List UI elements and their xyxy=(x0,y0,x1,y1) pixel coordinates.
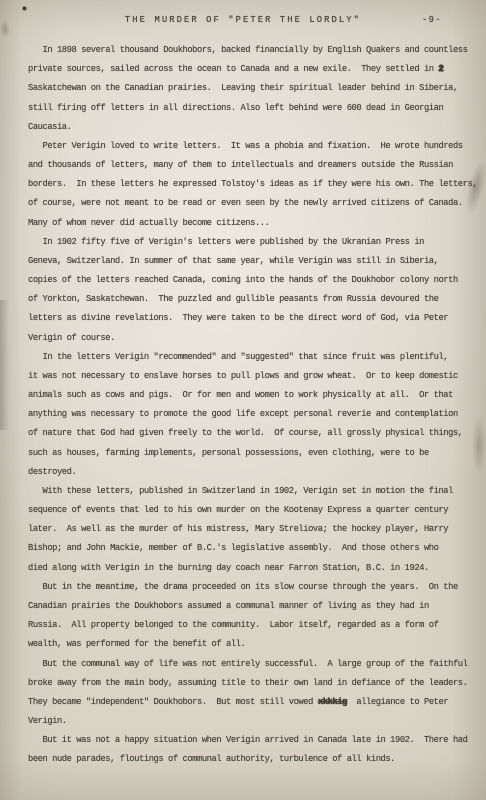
text-line: But in the meantime, the drama proceeded… xyxy=(28,578,476,597)
text-segment: private sources, sailed across the ocean… xyxy=(28,64,438,74)
ink-speck xyxy=(22,6,27,11)
text-line: died along with Verigin in the burning d… xyxy=(28,559,476,578)
text-line: They became "independent" Doukhobors. Bu… xyxy=(28,693,476,712)
text-line: But it was not a happy situation when Ve… xyxy=(28,731,476,750)
text-line: Caucasia. xyxy=(28,118,476,137)
text-line: such as houses, farming implements, pers… xyxy=(28,444,476,463)
text-line: letters as divine revelations. They were… xyxy=(28,309,476,328)
text-line: Russia. All property belonged to the com… xyxy=(28,616,476,635)
text-line: Peter Verigin loved to write letters. It… xyxy=(28,137,476,156)
text-segment: They became "independent" Doukhobors. Bu… xyxy=(28,697,318,707)
text-line: Saskatchewan on the Canadian prairies. L… xyxy=(28,79,476,98)
text-segment: allegiance to Peter xyxy=(347,697,448,707)
document-title: THE MURDER OF "PETER THE LORDLY" xyxy=(0,15,486,25)
text-line: broke away from the main body, assuming … xyxy=(28,674,476,693)
text-line: private sources, sailed across the ocean… xyxy=(28,60,476,79)
text-line: been nude parades, floutings of communal… xyxy=(28,750,476,769)
page-number: -9- xyxy=(422,15,442,25)
text-line: Verigin of course. xyxy=(28,329,476,348)
overstruck-character: 2 xyxy=(438,64,443,74)
text-line: sequence of events that led to his own m… xyxy=(28,501,476,520)
page-header: THE MURDER OF "PETER THE LORDLY" -9- xyxy=(0,15,486,29)
text-line: still firing off letters in all directio… xyxy=(28,99,476,118)
text-line: of nature that God had given freely to t… xyxy=(28,424,476,443)
text-line: Verigin. xyxy=(28,712,476,731)
crossed-out-word: xkkkig xyxy=(318,697,347,707)
text-line: animals such as cows and pigs. Or for me… xyxy=(28,386,476,405)
document-body: In 1898 several thousand Doukhobors, bac… xyxy=(28,41,476,770)
text-line: In 1902 fifty five of Verigin's letters … xyxy=(28,233,476,252)
text-line: wealth, was performed for the benefit of… xyxy=(28,635,476,654)
typewritten-manuscript-page: THE MURDER OF "PETER THE LORDLY" -9- In … xyxy=(0,0,486,800)
text-line: it was not necessary to enslave horses t… xyxy=(28,367,476,386)
text-line: and thousands of letters, many of them t… xyxy=(28,156,476,175)
text-line: In 1898 several thousand Doukhobors, bac… xyxy=(28,41,476,60)
text-line: destroyed. xyxy=(28,463,476,482)
text-line: In the letters Verigin "recommended" and… xyxy=(28,348,476,367)
text-line: Bishop; and John Mackie, member of B.C.'… xyxy=(28,539,476,558)
text-line: Canadian prairies the Doukhobors assumed… xyxy=(28,597,476,616)
text-line: later. As well as the murder of his mist… xyxy=(28,520,476,539)
text-line: Geneva, Switzerland. In summer of that s… xyxy=(28,252,476,271)
text-line: copies of the letters reached Canada, co… xyxy=(28,271,476,290)
text-line: of Yorkton, Saskatchewan. The puzzled an… xyxy=(28,290,476,309)
text-line: With these letters, published in Switzer… xyxy=(28,482,476,501)
text-line: borders. In these letters he expressed T… xyxy=(28,175,476,194)
text-line: But the communal way of life was not ent… xyxy=(28,655,476,674)
text-line: of course, were not meant to be read or … xyxy=(28,194,476,213)
text-line: anything was necessary to promote the go… xyxy=(28,405,476,424)
paper-stain xyxy=(0,300,9,430)
text-line: Many of whom never did actually become c… xyxy=(28,214,476,233)
